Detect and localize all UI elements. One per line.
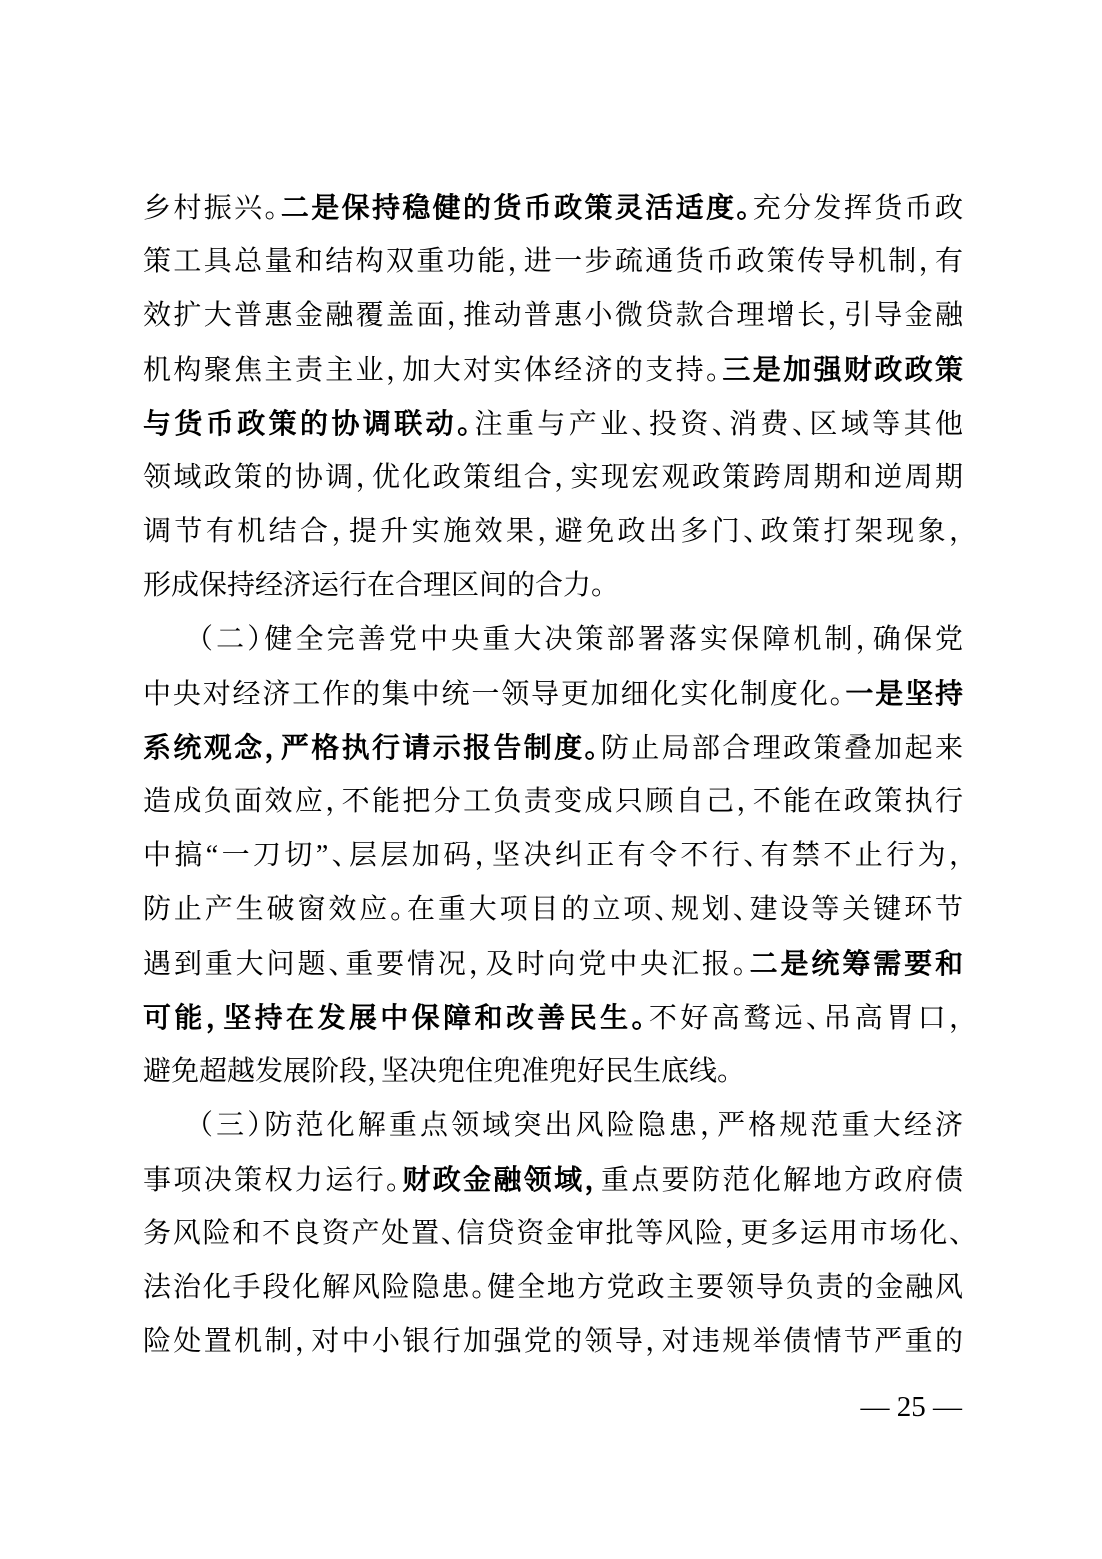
text-line: 系统观念，严格执行请示报告制度。防止局部合理政策叠加起来 [143,721,963,775]
text-line: 遇到重大问题、重要情况，及时向党中央汇报。二是统筹需要和 [143,937,963,991]
body-text-segment: 防止产生破窗效应。在重大项目的立项、规划、建设等关键环节 [143,894,963,925]
text-line: 法治化手段化解风险隐患。健全地方党政主要领导负责的金融风 [143,1261,963,1315]
body-text-segment: 效扩大普惠金融覆盖面，推动普惠小微贷款合理增长，引导金融 [143,300,963,331]
emphasis-text-segment: 可能，坚持在发展中保障和改善民生。 [143,1002,649,1033]
emphasis-text-segment: 三是加强财政政策 [722,354,963,385]
body-text-segment: 机构聚焦主责主业，加大对实体经济的支持。 [143,355,722,386]
text-line: 乡村振兴。二是保持稳健的货币政策灵活适度。充分发挥货币政 [143,181,963,235]
body-text-segment: （三）防范化解重点领域突出风险隐患，严格规范重大经济 [199,1110,963,1141]
emphasis-text-segment: 一是坚持 [845,678,963,709]
text-line: （三）防范化解重点领域突出风险隐患，严格规范重大经济 [143,1099,963,1153]
text-line: 领域政策的协调，优化政策组合，实现宏观政策跨周期和逆周期 [143,451,963,505]
page-number-text: — 25 — [861,1391,963,1423]
body-text-segment: 充分发挥货币政 [753,193,963,224]
page-number: — 25 — [861,1390,963,1424]
body-text-segment: 务风险和不良资产处置、信贷资金审批等风险，更多运用市场化、 [143,1218,963,1249]
text-line: 险处置机制，对中小银行加强党的领导，对违规举债情节严重的 [143,1315,963,1369]
text-line: （二）健全完善党中央重大决策部署落实保障机制，确保党 [143,613,963,667]
emphasis-text-segment: 二是保持稳健的货币政策灵活适度。 [281,192,753,223]
body-text-segment: 遇到重大问题、重要情况，及时向党中央汇报。 [143,949,750,980]
text-line: 机构聚焦主责主业，加大对实体经济的支持。三是加强财政政策 [143,343,963,397]
text-line: 中央对经济工作的集中统一领导更加细化实化制度化。一是坚持 [143,667,963,721]
text-line: 务风险和不良资产处置、信贷资金审批等风险，更多运用市场化、 [143,1207,963,1261]
text-line: 效扩大普惠金融覆盖面，推动普惠小微贷款合理增长，引导金融 [143,289,963,343]
body-text-segment: 险处置机制，对中小银行加强党的领导，对违规举债情节严重的 [143,1326,963,1357]
body-text-segment: 中央对经济工作的集中统一领导更加细化实化制度化。 [143,679,845,710]
text-line: 与货币政策的协调联动。注重与产业、投资、消费、区域等其他 [143,397,963,451]
body-text-segment: 避免超越发展阶段，坚决兜住兜准兜好民生底线。 [143,1056,731,1087]
body-text-segment: 乡村振兴。 [143,193,281,224]
text-line: 防止产生破窗效应。在重大项目的立项、规划、建设等关键环节 [143,883,963,937]
document-body: 乡村振兴。二是保持稳健的货币政策灵活适度。充分发挥货币政策工具总量和结构双重功能… [143,181,963,1369]
body-text-segment: 法治化手段化解风险隐患。健全地方党政主要领导负责的金融风 [143,1272,963,1303]
text-line: 调节有机结合，提升实施效果，避免政出多门、政策打架现象， [143,505,963,559]
text-line: 中搞“一刀切”、层层加码，坚决纠正有令不行、有禁不止行为， [143,829,963,883]
text-line: 造成负面效应，不能把分工负责变成只顾自己，不能在政策执行 [143,775,963,829]
emphasis-text-segment: 系统观念，严格执行请示报告制度。 [143,732,601,763]
body-text-segment: 造成负面效应，不能把分工负责变成只顾自己，不能在政策执行 [143,786,963,817]
text-line: 策工具总量和结构双重功能，进一步疏通货币政策传导机制，有 [143,235,963,289]
emphasis-text-segment: 财政金融领域， [402,1164,601,1195]
body-text-segment: 形成保持经济运行在合理区间的合力。 [143,570,605,601]
body-text-segment: 防止局部合理政策叠加起来 [601,733,963,764]
emphasis-text-segment: 二是统筹需要和 [750,948,963,979]
text-line: 事项决策权力运行。财政金融领域，重点要防范化解地方政府债 [143,1153,963,1207]
body-text-segment: 中搞“一刀切”、层层加码，坚决纠正有令不行、有禁不止行为， [143,840,963,871]
body-text-segment: 事项决策权力运行。 [143,1165,402,1196]
body-text-segment: （二）健全完善党中央重大决策部署落实保障机制，确保党 [199,624,963,655]
body-text-segment: 重点要防范化解地方政府债 [601,1165,963,1196]
document-page: 乡村振兴。二是保持稳健的货币政策灵活适度。充分发挥货币政策工具总量和结构双重功能… [0,0,1102,1559]
text-line: 避免超越发展阶段，坚决兜住兜准兜好民生底线。 [143,1045,963,1099]
body-text-segment: 策工具总量和结构双重功能，进一步疏通货币政策传导机制，有 [143,246,963,277]
body-text-segment: 注重与产业、投资、消费、区域等其他 [474,409,963,440]
text-line: 可能，坚持在发展中保障和改善民生。不好高鹜远、吊高胃口， [143,991,963,1045]
body-text-segment: 领域政策的协调，优化政策组合，实现宏观政策跨周期和逆周期 [143,462,963,493]
body-text-segment: 不好高鹜远、吊高胃口， [649,1003,963,1034]
body-text-segment: 调节有机结合，提升实施效果，避免政出多门、政策打架现象， [143,516,963,547]
emphasis-text-segment: 与货币政策的协调联动。 [143,408,474,439]
text-line: 形成保持经济运行在合理区间的合力。 [143,559,963,613]
